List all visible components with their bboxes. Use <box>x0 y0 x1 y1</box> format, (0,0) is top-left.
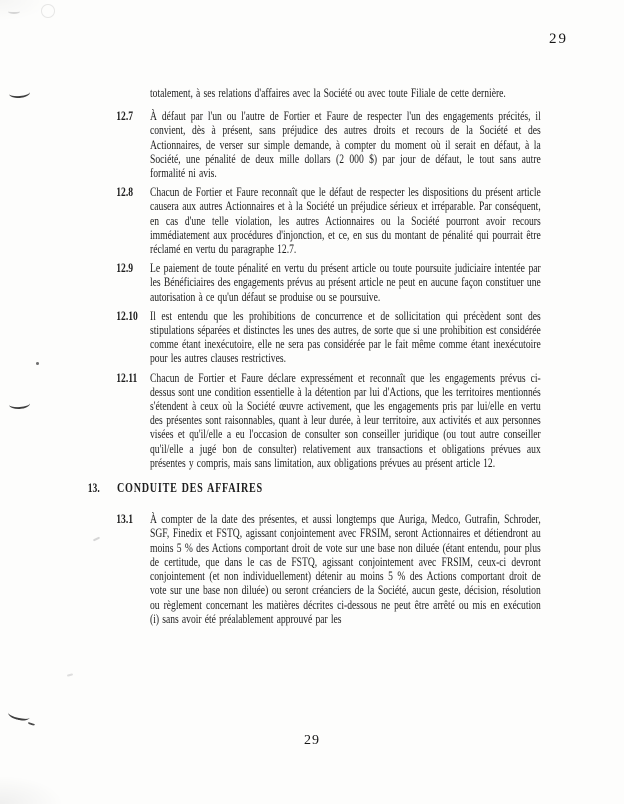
clause-12-7: 12.7À défaut par l'un ou l'autre de Fort… <box>0 109 624 180</box>
scan-artifact <box>67 673 73 676</box>
page-number-bottom: 29 <box>0 733 624 749</box>
clause-number: 12.7 <box>116 109 150 180</box>
clause-12-10: 12.10Il est entendu que les prohibitions… <box>0 309 624 366</box>
clause-12-9: 12.9Le paiement de toute pénalité en ver… <box>0 261 624 304</box>
clause-number: 12.10 <box>116 309 150 366</box>
clause-text: Chacun de Fortier et Faure reconnaît que… <box>150 185 541 256</box>
clause-text: À compter de la date des présentes, et a… <box>150 512 541 626</box>
document-body: totalement, à ses relations d'affaires a… <box>0 86 624 631</box>
clause-text: À défaut par l'un ou l'autre de Fortier … <box>150 109 541 180</box>
continuation-paragraph: totalement, à ses relations d'affaires a… <box>150 86 541 100</box>
section-heading: 13.CONDUITE DES AFFAIRES <box>0 481 624 495</box>
section-number: 13. <box>88 481 117 495</box>
clause-12-11: 12.11Chacun de Fortier et Faure déclare … <box>0 371 624 470</box>
clause-number: 12.8 <box>116 185 150 256</box>
clause-number: 13.1 <box>116 512 150 626</box>
clause-number: 12.11 <box>116 371 150 470</box>
scan-artifact <box>28 721 36 726</box>
scan-artifact <box>41 4 55 18</box>
scan-artifact <box>8 9 20 14</box>
scanned-document-page: 29 totalement, à ses relations d'affaire… <box>0 0 624 804</box>
page-number-top: 29 <box>549 31 568 48</box>
clause-text: Chacun de Fortier et Faure déclare expre… <box>150 371 541 470</box>
clause-text: Il est entendu que les prohibitions de c… <box>150 309 541 366</box>
clause-text: Le paiement de toute pénalité en vertu d… <box>150 261 541 304</box>
section-title: CONDUITE DES AFFAIRES <box>117 480 263 495</box>
clause-number: 12.9 <box>116 261 150 304</box>
scan-artifact <box>7 708 31 723</box>
clause-13-1: 13.1À compter de la date des présentes, … <box>0 512 624 626</box>
clause-12-8: 12.8Chacun de Fortier et Faure reconnaît… <box>0 185 624 256</box>
